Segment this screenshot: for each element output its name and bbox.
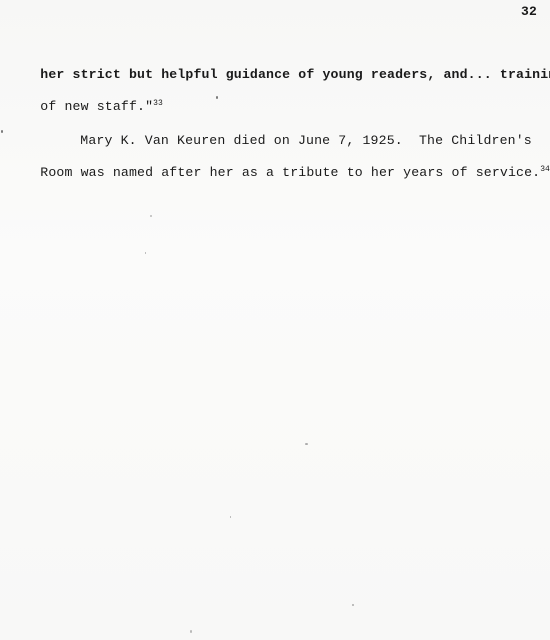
- scan-speck: [216, 96, 218, 99]
- scan-speck: [150, 215, 152, 217]
- scan-speck: [352, 604, 354, 606]
- scan-speck: [305, 443, 308, 445]
- line-text: her strict but helpful guidance of young…: [40, 67, 550, 82]
- scan-speck: [190, 630, 192, 633]
- paragraph-line-4: Room was named after her as a tribute to…: [8, 150, 550, 195]
- line-text: Mary K. Van Keuren died on June 7, 1925.…: [80, 133, 532, 148]
- page-number: 32: [521, 4, 537, 19]
- scan-speck: [1, 130, 3, 133]
- document-page: 32 her strict but helpful guidance of yo…: [0, 0, 550, 640]
- line-text: of new staff.": [40, 99, 153, 114]
- footnote-marker: 34: [540, 165, 550, 174]
- scan-speck: [145, 252, 146, 254]
- line-text: Room was named after her as a tribute to…: [40, 165, 540, 180]
- scan-speck: [230, 516, 231, 518]
- footnote-marker: 33: [153, 99, 163, 108]
